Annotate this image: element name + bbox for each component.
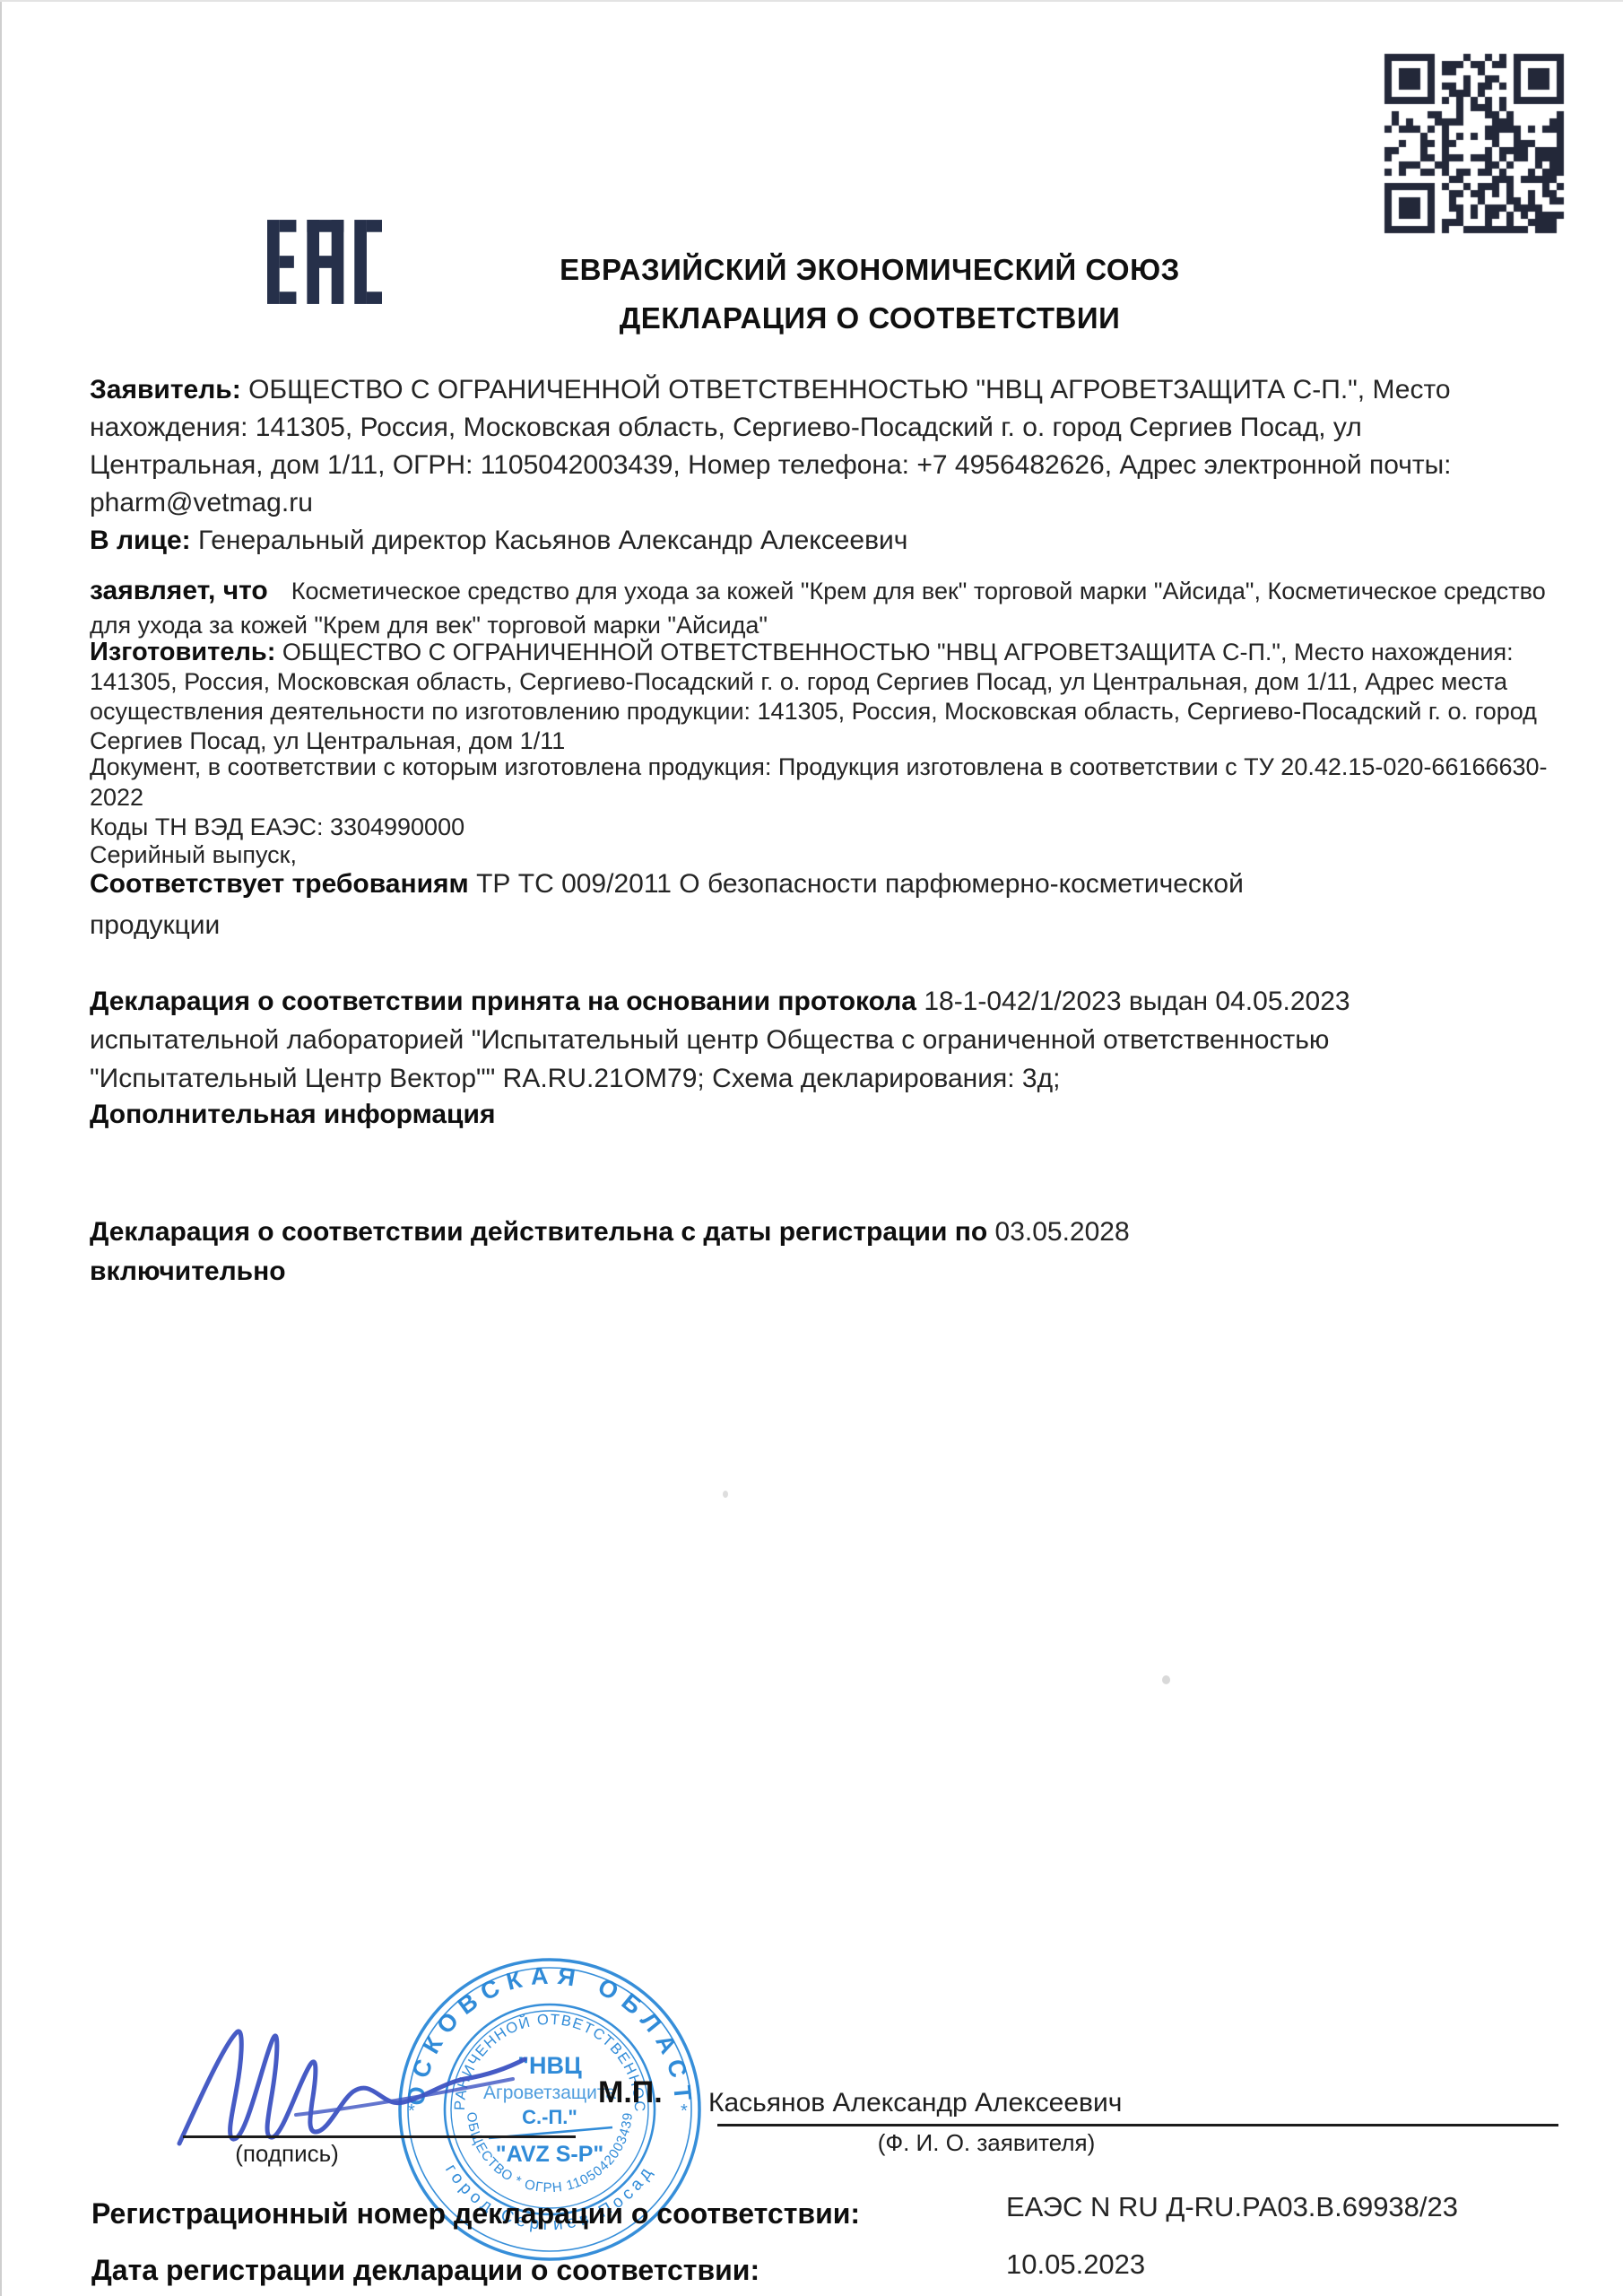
applicant-paragraph: Заявитель: ОБЩЕСТВО С ОГРАНИЧЕННОЙ ОТВЕТ…	[90, 371, 1506, 522]
validity-paragraph: Декларация о соответствии действительна …	[90, 1213, 1488, 1291]
svg-text:*: *	[681, 2101, 688, 2121]
signature-line	[183, 2135, 576, 2138]
mp-seal-mark: М.П.	[598, 2075, 663, 2110]
applicant-label: Заявитель:	[90, 375, 241, 404]
complies-label: Соответствует требованиям	[90, 869, 469, 899]
qr-code	[1381, 50, 1567, 237]
manufacturer-label: Изготовитель:	[90, 638, 275, 666]
scan-speck	[1162, 1675, 1170, 1684]
reg-number-label: Регистрационный номер декларации о соотв…	[91, 2197, 860, 2231]
in-person-paragraph: В лице: Генеральный директор Касьянов Ал…	[90, 522, 1542, 560]
fio-line	[717, 2124, 1558, 2126]
validity-date: 03.05.2028	[987, 1217, 1129, 1247]
in-person-text: Генеральный директор Касьянов Александр …	[191, 526, 908, 555]
complies-text: ТР ТС 009/2011 О безопасности парфюмерно…	[469, 869, 1244, 899]
declares-paragraph: заявляет, чтоКосметическое средство для …	[90, 574, 1551, 642]
additional-info-label: Дополнительная информация	[90, 1096, 1524, 1134]
union-title: ЕВРАЗИЙСКИЙ ЭКОНОМИЧЕСКИЙ СОЮЗ	[314, 253, 1426, 287]
signature	[161, 2009, 556, 2161]
manufacturer-paragraph: Изготовитель: ОБЩЕСТВО С ОГРАНИЧЕННОЙ ОТ…	[90, 638, 1551, 756]
reg-date-value: 10.05.2023	[1006, 2248, 1145, 2281]
in-person-label: В лице:	[90, 526, 191, 555]
document-title: ДЕКЛАРАЦИЯ О СООТВЕТСТВИИ	[314, 301, 1426, 335]
reg-date-label: Дата регистрации декларации о соответств…	[91, 2254, 759, 2287]
complies-paragraph: Соответствует требованиям ТР ТС 009/2011…	[90, 864, 1488, 946]
validity-label: Декларация о соответствии действительна …	[90, 1217, 987, 1247]
validity-suffix: включительно	[90, 1252, 1488, 1291]
tnved-codes-text: Коды ТН ВЭД ЕАЭС: 3304990000	[90, 812, 1551, 842]
reg-number-value: ЕАЭС N RU Д-RU.РА03.В.69938/23	[1006, 2191, 1458, 2223]
scan-speck	[723, 1491, 728, 1498]
basis-label: Декларация о соответствии принята на осн…	[90, 987, 916, 1016]
production-document-text: Документ, в соответствии с которым изгот…	[90, 752, 1551, 813]
complies-text-2: продукции	[90, 905, 1488, 946]
signature-caption: (подпись)	[215, 2140, 359, 2168]
fio-caption: (Ф. И. О. заявителя)	[861, 2129, 1112, 2157]
product-text: Косметическое средство для ухода за коже…	[90, 578, 1546, 639]
applicant-text: ОБЩЕСТВО С ОГРАНИЧЕННОЙ ОТВЕТСТВЕННОСТЬЮ…	[90, 375, 1452, 517]
declaration-document: ЕВРАЗИЙСКИЙ ЭКОНОМИЧЕСКИЙ СОЮЗ ДЕКЛАРАЦИ…	[0, 0, 1623, 2296]
applicant-fio-name: Касьянов Александр Алексеевич	[708, 2088, 1122, 2118]
basis-paragraph: Декларация о соответствии принята на осн…	[90, 982, 1488, 1098]
declares-label: заявляет, что	[90, 576, 268, 605]
manufacturer-text: ОБЩЕСТВО С ОГРАНИЧЕННОЙ ОТВЕТСТВЕННОСТЬЮ…	[90, 639, 1537, 754]
additional-info-text: Дополнительная информация	[90, 1100, 495, 1129]
